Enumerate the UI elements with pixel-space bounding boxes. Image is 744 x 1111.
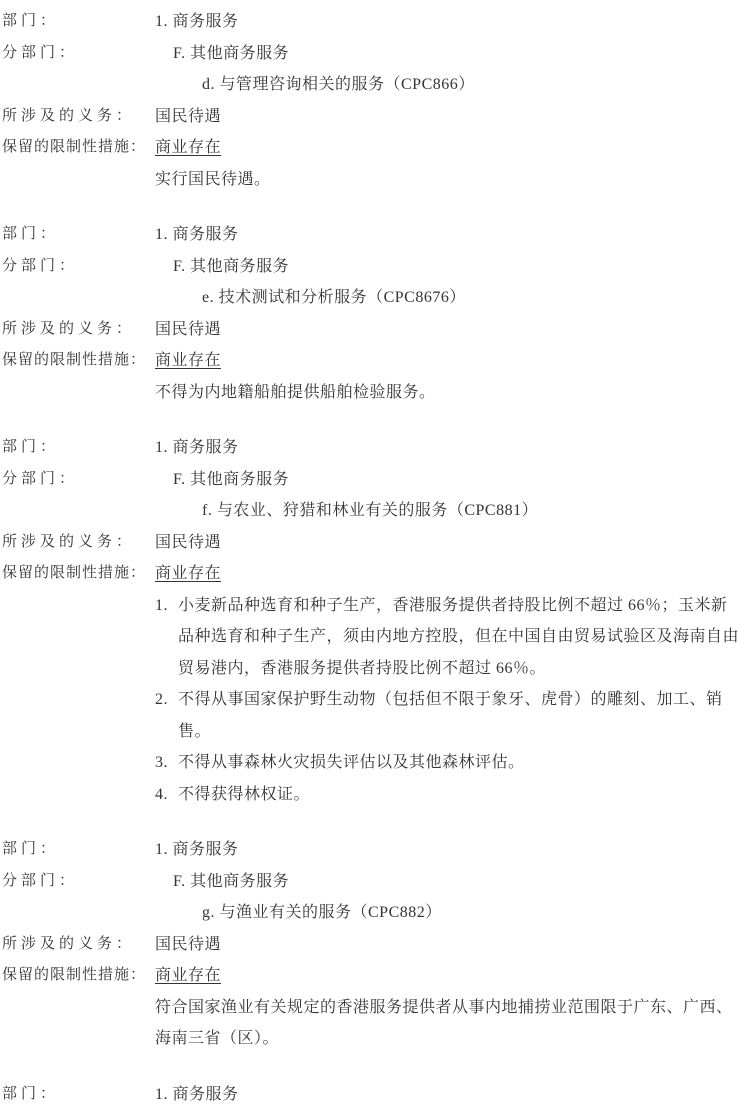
subsector-label: 分部门： bbox=[2, 464, 155, 496]
measure-paragraph: 实行国民待遇。 bbox=[155, 164, 742, 196]
obligations-label: 所涉及的义务： bbox=[2, 314, 155, 346]
obligations-label: 所涉及的义务： bbox=[2, 101, 155, 133]
measure-item-number: 2. bbox=[155, 684, 178, 716]
entry-block: 部门：1. 商务服务分部门：F. 其他商务服务e. 技术测试和分析服务（CPC8… bbox=[2, 219, 742, 408]
subsector-label: 分部门： bbox=[2, 866, 155, 898]
field-row: 保留的限制性措施：商业存在 bbox=[2, 132, 742, 164]
field-row: 部门：1. 商务服务 bbox=[2, 834, 742, 866]
obligations-value: 国民待遇 bbox=[155, 314, 742, 346]
measure-item: 3.不得从事森林火灾损失评估以及其他森林评估。 bbox=[155, 747, 742, 779]
field-row: 4.不得获得林权证。 bbox=[2, 779, 742, 811]
field-row: 3.不得从事森林火灾损失评估以及其他森林评估。 bbox=[2, 747, 742, 779]
sector-label: 部门： bbox=[2, 6, 155, 38]
sector-label: 部门： bbox=[2, 834, 155, 866]
subsector-value: F. 其他商务服务 bbox=[155, 464, 742, 496]
measures-mode-heading: 商业存在 bbox=[155, 132, 742, 164]
field-row: 保留的限制性措施：商业存在 bbox=[2, 960, 742, 992]
measure-item-text: 小麦新品种选育和种子生产，香港服务提供者持股比例不超过 66％；玉米新品种选育和… bbox=[178, 597, 739, 677]
measures-label: 保留的限制性措施： bbox=[2, 345, 155, 377]
entry-block: 部门：1. 商务服务分部门：F. 其他商务服务d. 与管理咨询相关的服务（CPC… bbox=[2, 6, 742, 195]
measure-paragraph: 不得为内地籍船舶提供船舶检验服务。 bbox=[155, 377, 742, 409]
field-row: d. 与管理咨询相关的服务（CPC866） bbox=[2, 69, 742, 101]
sector-value: 1. 商务服务 bbox=[155, 834, 742, 866]
sector-value: 1. 商务服务 bbox=[155, 6, 742, 38]
measure-paragraph: 符合国家渔业有关规定的香港服务提供者从事内地捕捞业范围限于广东、广西、海南三省（… bbox=[155, 992, 742, 1055]
field-row: 保留的限制性措施：商业存在 bbox=[2, 558, 742, 590]
entry-block: 部门：1. 商务服务 bbox=[2, 1079, 742, 1111]
subsector-detail-value: f. 与农业、狩猎和林业有关的服务（CPC881） bbox=[155, 495, 742, 527]
measure-item-text: 不得从事国家保护野生动物（包括但不限于象牙、虎骨）的雕刻、加工、销售。 bbox=[178, 691, 723, 740]
field-row: 部门：1. 商务服务 bbox=[2, 219, 742, 251]
obligations-label: 所涉及的义务： bbox=[2, 929, 155, 961]
subsector-detail-value: e. 技术测试和分析服务（CPC8676） bbox=[155, 282, 742, 314]
obligations-value: 国民待遇 bbox=[155, 527, 742, 559]
field-row: 分部门：F. 其他商务服务 bbox=[2, 464, 742, 496]
field-row: f. 与农业、狩猎和林业有关的服务（CPC881） bbox=[2, 495, 742, 527]
field-row: 所涉及的义务：国民待遇 bbox=[2, 929, 742, 961]
subsector-value: F. 其他商务服务 bbox=[155, 38, 742, 70]
obligations-value: 国民待遇 bbox=[155, 101, 742, 133]
field-row: 所涉及的义务：国民待遇 bbox=[2, 101, 742, 133]
subsector-label: 分部门： bbox=[2, 251, 155, 283]
subsector-label: 分部门： bbox=[2, 38, 155, 70]
measure-item: 1.小麦新品种选育和种子生产，香港服务提供者持股比例不超过 66％；玉米新品种选… bbox=[155, 590, 742, 685]
field-row: 2.不得从事国家保护野生动物（包括但不限于象牙、虎骨）的雕刻、加工、销售。 bbox=[2, 684, 742, 747]
field-row: 保留的限制性措施：商业存在 bbox=[2, 345, 742, 377]
measures-mode-heading: 商业存在 bbox=[155, 960, 742, 992]
sector-value: 1. 商务服务 bbox=[155, 1079, 742, 1111]
subsector-value: F. 其他商务服务 bbox=[155, 251, 742, 283]
measure-item-number: 1. bbox=[155, 590, 178, 622]
subsector-detail-value: g. 与渔业有关的服务（CPC882） bbox=[155, 897, 742, 929]
field-row: 不得为内地籍船舶提供船舶检验服务。 bbox=[2, 377, 742, 409]
measures-mode-heading: 商业存在 bbox=[155, 345, 742, 377]
measure-item: 4.不得获得林权证。 bbox=[155, 779, 742, 811]
sector-label: 部门： bbox=[2, 432, 155, 464]
field-row: 所涉及的义务：国民待遇 bbox=[2, 527, 742, 559]
sector-label: 部门： bbox=[2, 219, 155, 251]
field-row: e. 技术测试和分析服务（CPC8676） bbox=[2, 282, 742, 314]
field-row: 分部门：F. 其他商务服务 bbox=[2, 866, 742, 898]
measure-item-number: 3. bbox=[155, 747, 178, 779]
field-row: g. 与渔业有关的服务（CPC882） bbox=[2, 897, 742, 929]
sector-value: 1. 商务服务 bbox=[155, 432, 742, 464]
measures-label: 保留的限制性措施： bbox=[2, 960, 155, 992]
field-row: 部门：1. 商务服务 bbox=[2, 1079, 742, 1111]
field-row: 部门：1. 商务服务 bbox=[2, 432, 742, 464]
obligations-label: 所涉及的义务： bbox=[2, 527, 155, 559]
field-row: 1.小麦新品种选育和种子生产，香港服务提供者持股比例不超过 66％；玉米新品种选… bbox=[2, 590, 742, 685]
measure-item: 2.不得从事国家保护野生动物（包括但不限于象牙、虎骨）的雕刻、加工、销售。 bbox=[155, 684, 742, 747]
obligations-value: 国民待遇 bbox=[155, 929, 742, 961]
subsector-detail-value: d. 与管理咨询相关的服务（CPC866） bbox=[155, 69, 742, 101]
measure-item-text: 不得从事森林火灾损失评估以及其他森林评估。 bbox=[178, 754, 525, 771]
measures-mode-heading: 商业存在 bbox=[155, 558, 742, 590]
field-row: 符合国家渔业有关规定的香港服务提供者从事内地捕捞业范围限于广东、广西、海南三省（… bbox=[2, 992, 742, 1055]
measure-item-number: 4. bbox=[155, 779, 178, 811]
field-row: 部门：1. 商务服务 bbox=[2, 6, 742, 38]
measures-label: 保留的限制性措施： bbox=[2, 558, 155, 590]
measure-item-text: 不得获得林权证。 bbox=[178, 786, 310, 803]
sector-value: 1. 商务服务 bbox=[155, 219, 742, 251]
field-row: 所涉及的义务：国民待遇 bbox=[2, 314, 742, 346]
entry-block: 部门：1. 商务服务分部门：F. 其他商务服务f. 与农业、狩猎和林业有关的服务… bbox=[2, 432, 742, 810]
document-page: 部门：1. 商务服务分部门：F. 其他商务服务d. 与管理咨询相关的服务（CPC… bbox=[0, 0, 744, 1110]
sector-label: 部门： bbox=[2, 1079, 155, 1111]
subsector-value: F. 其他商务服务 bbox=[155, 866, 742, 898]
measures-label: 保留的限制性措施： bbox=[2, 132, 155, 164]
field-row: 分部门：F. 其他商务服务 bbox=[2, 251, 742, 283]
field-row: 实行国民待遇。 bbox=[2, 164, 742, 196]
field-row: 分部门：F. 其他商务服务 bbox=[2, 38, 742, 70]
entry-block: 部门：1. 商务服务分部门：F. 其他商务服务g. 与渔业有关的服务（CPC88… bbox=[2, 834, 742, 1055]
